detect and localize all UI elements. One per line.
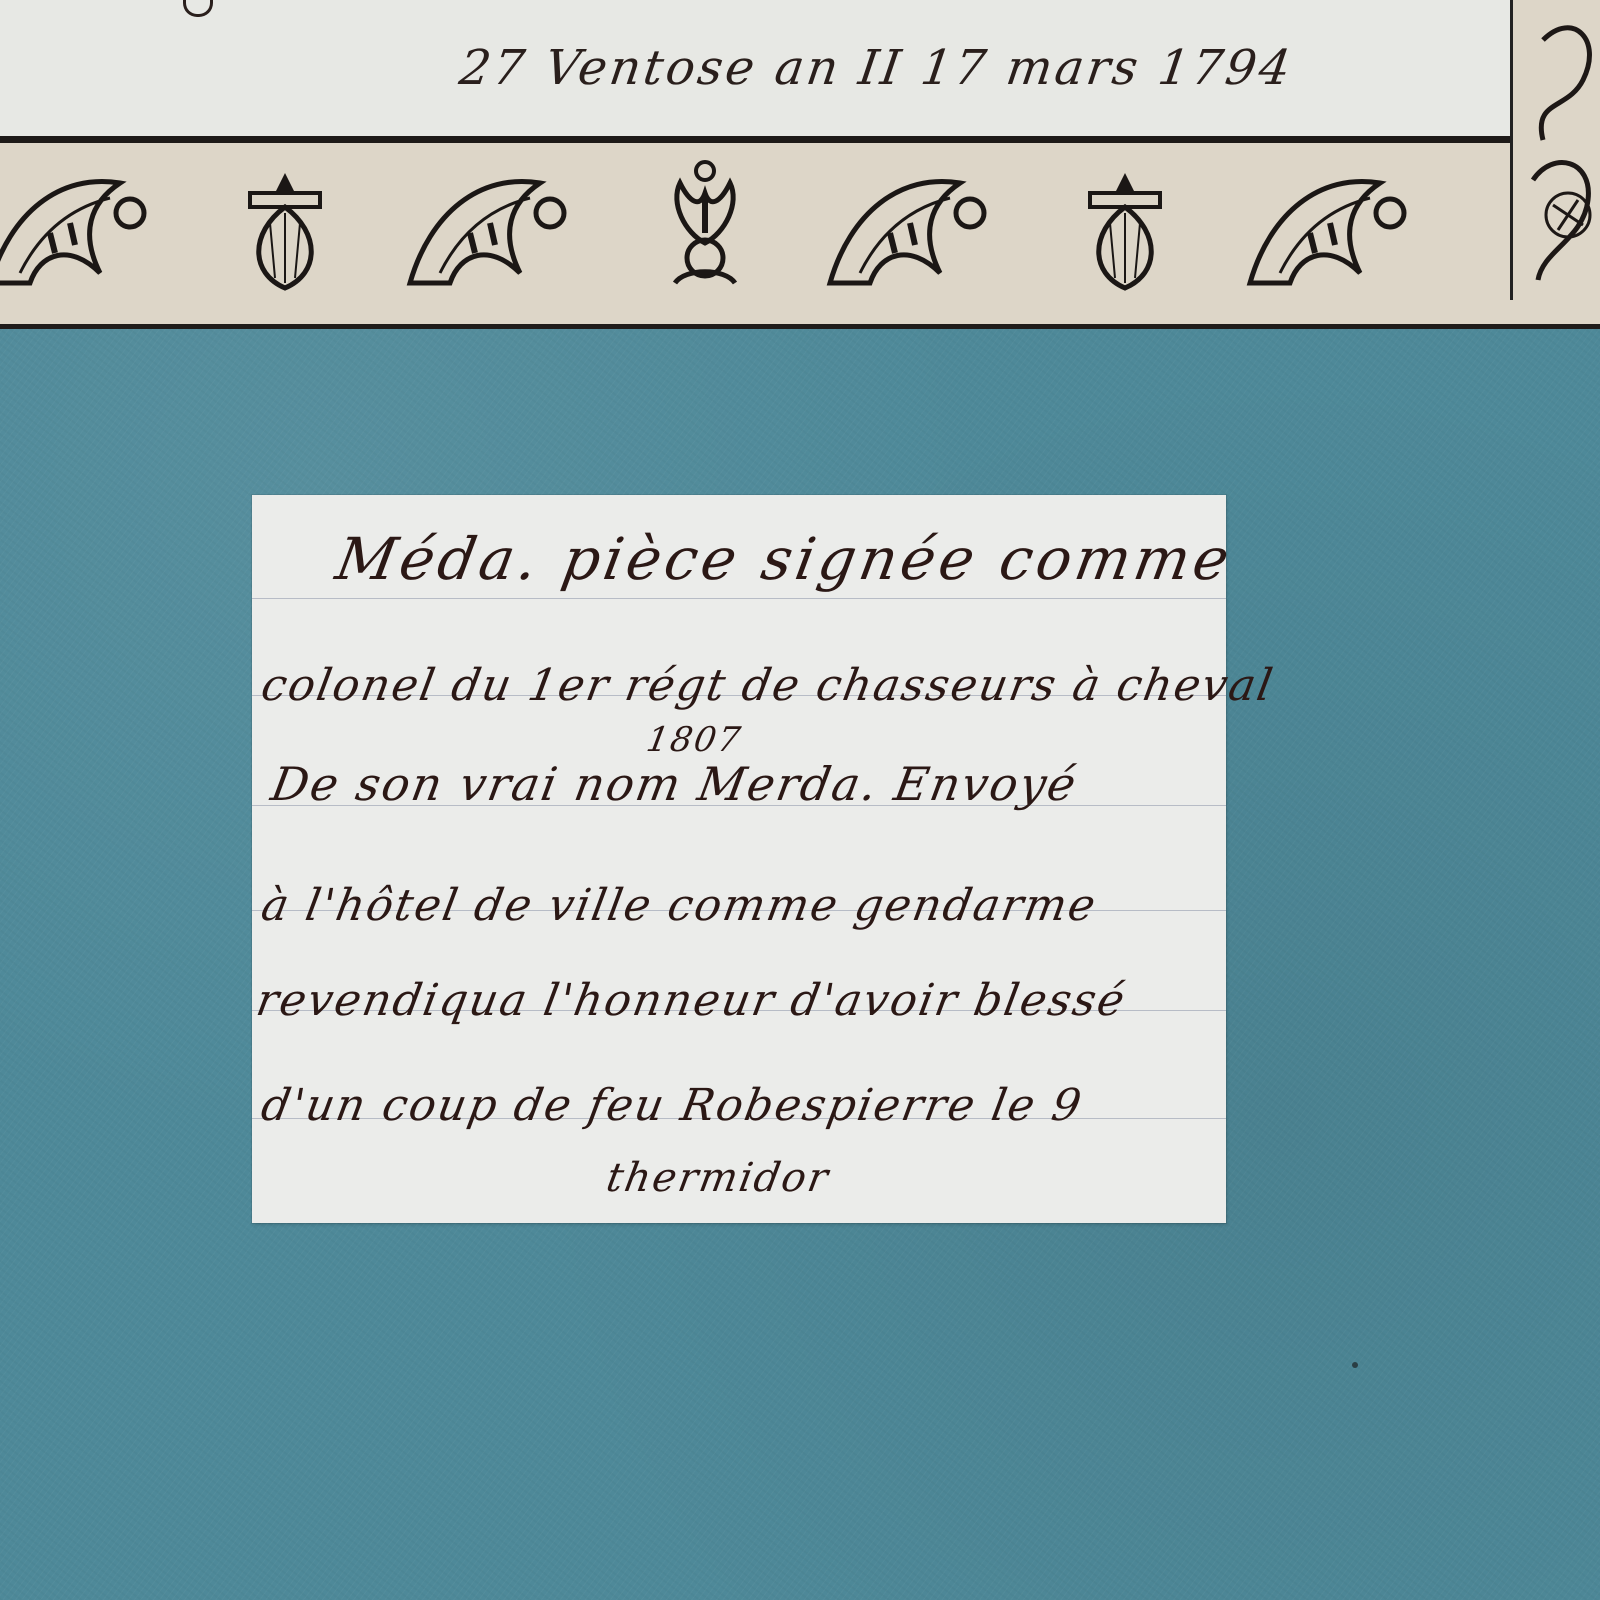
upper-document-sheet: 27 Ventose an II 17 mars 1794 xyxy=(0,0,1541,140)
note-line-1: Méda. pièce signée comme xyxy=(331,525,1238,593)
acanthus-ornament-icon xyxy=(1230,153,1440,293)
ruled-line xyxy=(252,598,1226,599)
note-line-year: 1807 xyxy=(643,720,745,760)
corner-ornament-icon xyxy=(1513,0,1600,300)
palmette-ornament-icon xyxy=(1020,153,1230,293)
mat-speck xyxy=(1352,1362,1358,1368)
acanthus-ornament-icon xyxy=(810,153,1020,293)
tulip-ornament-icon xyxy=(600,153,810,293)
note-line-5: revendiqua l'honneur d'avoir blessé xyxy=(253,975,1131,1026)
ornament-row xyxy=(0,153,1600,293)
note-line-2: colonel du 1er régt de chasseurs à cheva… xyxy=(258,660,1279,711)
handwritten-note-card: Méda. pièce signée comme colonel du 1er … xyxy=(252,495,1226,1223)
acanthus-ornament-icon xyxy=(0,153,180,293)
note-line-4: à l'hôtel de ville comme gendarme xyxy=(258,880,1102,931)
acanthus-ornament-icon xyxy=(390,153,600,293)
note-line-3: De son vrai nom Merda. Envoyé xyxy=(267,757,1082,811)
ornament-corner-piece xyxy=(1510,0,1600,300)
palmette-ornament-icon xyxy=(180,153,390,293)
date-inscription: 27 Ventose an II 17 mars 1794 xyxy=(456,40,1297,96)
engraved-ornament-border xyxy=(0,140,1600,306)
note-line-7: thermidor xyxy=(603,1155,833,1201)
handwriting-fragment xyxy=(183,0,213,17)
note-line-6: d'un coup de feu Robespierre le 9 xyxy=(258,1080,1087,1131)
